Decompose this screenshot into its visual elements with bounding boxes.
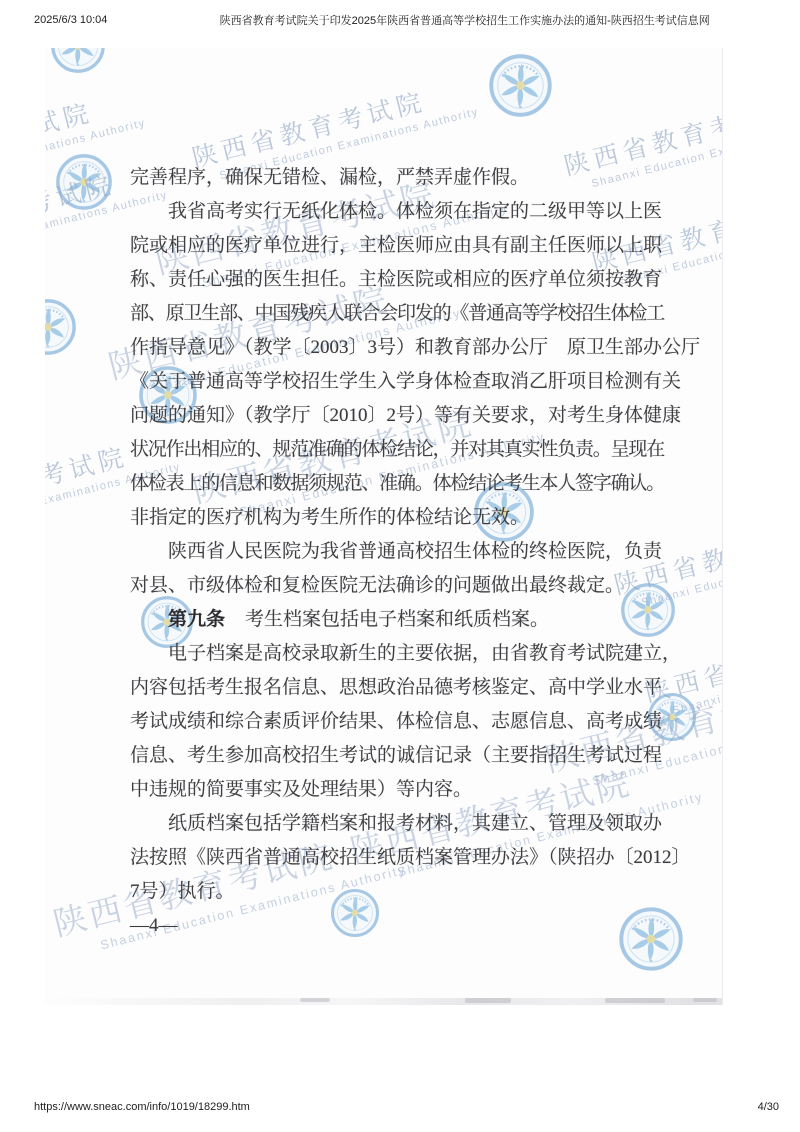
scan-smudge [693,998,717,1002]
document-line: 信息、考生参加高校招生考试的诚信记录（主要指招生考试过程 [130,739,678,773]
watermark-text-cn: 陕西省教育考试院 [45,81,144,186]
document-line: 完善程序，确保无错检、漏检，严禁弄虚作假。 [130,161,678,195]
print-preview-page: { "page": { "header": { "datetime": "202… [0,0,800,1132]
document-line-article9: 第九条考生档案包括电子档案和纸质档案。 [130,603,678,637]
document-line: 问题的通知》（教学厅〔2010〕2号）等有关要求，对考生身体健康 [130,399,678,433]
watermark-text-cn: 陕西省教育考试院 [188,70,477,175]
scan-smudge [300,998,330,1002]
seal-logo-icon [45,298,77,356]
seal-logo-icon [50,48,106,74]
document-line: 对县、市级体检和复检医院无法确诊的问题做出最终裁定。 [130,569,678,603]
article-number-label: 第九条 [168,609,225,630]
document-line: 陕西省人民医院为我省普通高校招生体检的终检医院，负责 [130,535,678,569]
document-page-number: —4— [130,909,678,943]
document-line: 7号）执行。 [130,875,678,909]
document-line: 非指定的医疗机构为考生所作的体检结论无效。 [130,501,678,535]
document-line: 我省高考实行无纸化体检。体检须在指定的二级甲等以上医 [130,195,678,229]
document-line: 状况作出相应的、规范准确的体检结论，并对其真实性负责。呈现在 [130,433,678,467]
document-line: 电子档案是高校录取新生的主要依据，由省教育考试院建立， [130,637,678,671]
document-line: 纸质档案包括学籍档案和报考材料，其建立、管理及领取办 [130,807,678,841]
document-line: 内容包括考生报名信息、思想政治品德考核鉴定、高中学业水平 [130,671,678,705]
document-line: 法按照《陕西省普通高校招生纸质档案管理办法》（陕招办〔2012〕 [130,841,678,875]
print-datetime: 2025/6/3 10:04 [34,14,107,26]
document-line: 院或相应的医疗单位进行，主检医师应由具有副主任医师以上职 [130,229,678,263]
document-line: 体检表上的信息和数据须规范、准确。体检结论考生本人签字确认。 [130,467,678,501]
document-line: 称、责任心强的医生担任。主检医院或相应的医疗单位须按教育 [130,263,678,297]
article-text: 考生档案包括电子档案和纸质档案。 [245,609,549,630]
document-line: 作指导意见》（教学〔2003〕3号）和教育部办公厅 原卫生部办公厅 [130,331,678,365]
document-line: 考试成绩和综合素质评价结果、体检信息、志愿信息、高考成绩 [130,705,678,739]
print-doc-title: 陕西省教育考试院关于印发2025年陕西省普通高等学校招生工作实施办法的通知-陕西… [107,12,800,28]
document-line: 部、原卫生部、中国残疾人联合会印发的《普通高等学校招生体检工 [130,297,678,331]
scanned-document-page: 陕西省教育考试院 Shaanxi Education Examinations … [45,48,723,1005]
document-body: 完善程序，确保无错检、漏检，严禁弄虚作假。 我省高考实行无纸化体检。体检须在指定… [130,161,678,943]
scan-smudge [465,998,511,1003]
seal-logo-icon [55,153,113,211]
source-url: https://www.sneac.com/info/1019/18299.ht… [34,1101,250,1113]
page-indicator: 4/30 [758,1101,779,1113]
print-footer: https://www.sneac.com/info/1019/18299.ht… [0,1094,800,1120]
document-line: 《关于普通高等学校招生学生入学身体检查取消乙肝项目检测有关 [130,365,678,399]
document-line: 中违规的简要事实及处理结果）等内容。 [130,773,678,807]
scan-smudge [605,998,665,1003]
seal-logo-icon [488,53,553,118]
print-header: 2025/6/3 10:04 陕西省教育考试院关于印发2025年陕西省普通高等学… [0,0,800,40]
